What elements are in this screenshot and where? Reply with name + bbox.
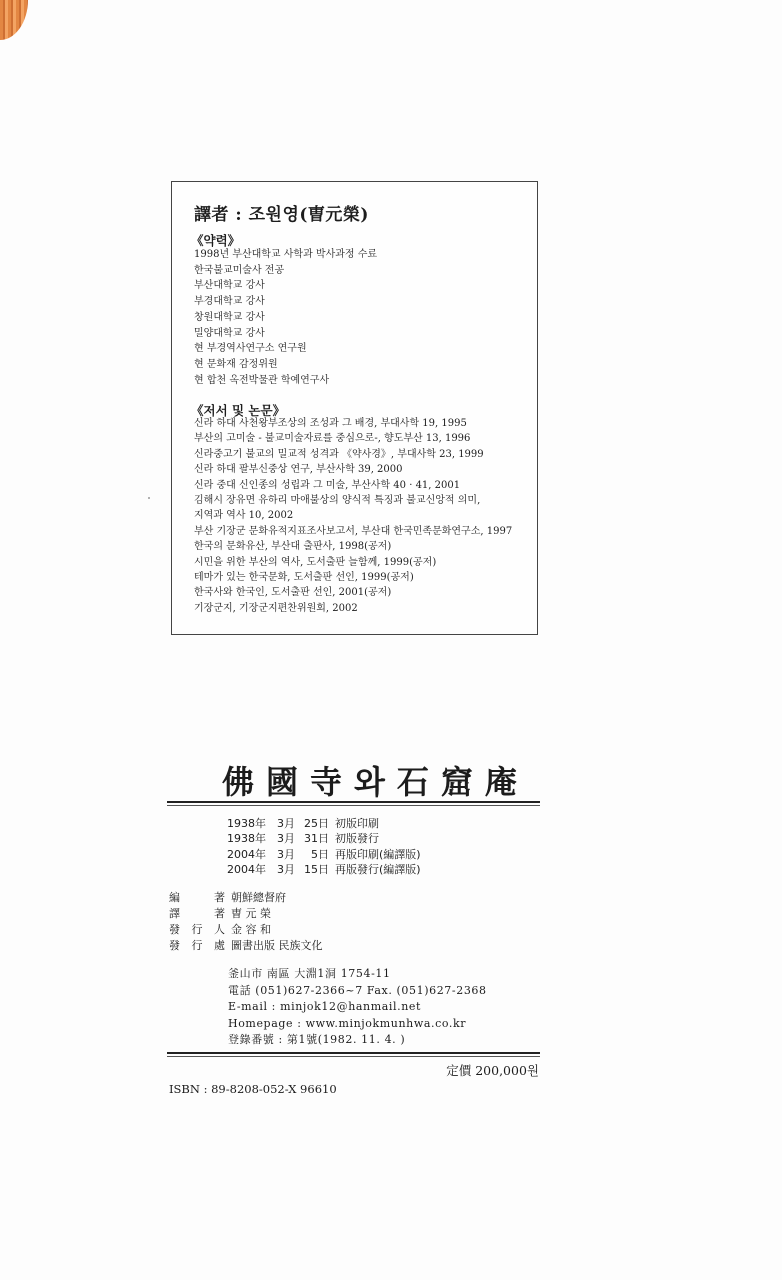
publisher-phone: 電話 (051)627-2366~7 Fax. (051)627-2368 [228, 983, 487, 1000]
credit-name: 圖書出版 民族文化 [231, 939, 323, 952]
works-item: 지역과 역사 10, 2002 [194, 508, 512, 523]
credit-name: 金 容 和 [231, 923, 271, 936]
career-list: 1998년 부산대학교 사학과 박사과정 수료 한국불교미술사 전공 부산대학교… [194, 247, 377, 388]
career-item: 부산대학교 강사 [194, 278, 377, 294]
works-item: 신라 하대 사천왕부조상의 조성과 그 배경, 부대사학 19, 1995 [194, 416, 512, 431]
book-title: 佛國寺와石窟庵 [222, 757, 529, 803]
works-item: 부산의 고미술 - 불교미술자료를 중심으로-, 향도부산 13, 1996 [194, 431, 512, 446]
credits-list: 編著朝鮮總督府 譯著曺 元 榮 發行人金 容 和 發行處圖書出版 民族文化 [169, 890, 323, 954]
credit-row: 編著朝鮮總督府 [169, 890, 323, 906]
print-history-row: 2004年3月15日再版發行(編譯版) [227, 862, 421, 877]
price-label: 定價 200,000원 [446, 1061, 539, 1079]
career-item: 현 합천 옥전박물관 학예연구사 [194, 373, 377, 389]
works-list: 신라 하대 사천왕부조상의 조성과 그 배경, 부대사학 19, 1995 부산… [194, 416, 512, 616]
credit-role: 發行人 [169, 922, 225, 938]
print-history-row: 1938年3月31日初版發行 [227, 831, 421, 846]
works-item: 김해시 장유면 유하리 마애불상의 양식적 특징과 불교신앙적 의미, [194, 493, 512, 508]
works-item: 테마가 있는 한국문화, 도서출판 선인, 1999(공저) [194, 570, 512, 585]
credit-role: 編著 [169, 890, 225, 906]
career-item: 한국불교미술사 전공 [194, 263, 377, 279]
credit-row: 譯著曺 元 榮 [169, 906, 323, 922]
translator-bio-box: 譯者 : 조원영(曺元榮) 《약력》 1998년 부산대학교 사학과 박사과정 … [171, 181, 538, 635]
print-history-row: 1938年3月25日初版印刷 [227, 816, 421, 831]
isbn-label: ISBN : 89-8208-052-X 96610 [169, 1082, 337, 1096]
credit-name: 曺 元 榮 [231, 907, 271, 920]
publisher-address: 釜山市 南區 大淵1洞 1754-11 [228, 966, 487, 983]
publisher-homepage: Homepage : www.minjokmunhwa.co.kr [228, 1016, 487, 1033]
career-item: 밀양대학교 강사 [194, 326, 377, 342]
credit-row: 發行處圖書出版 民族文化 [169, 938, 323, 954]
print-speck [148, 497, 150, 499]
career-item: 현 문화재 감정위원 [194, 357, 377, 373]
works-item: 한국의 문화유산, 부산대 출판사, 1998(공저) [194, 539, 512, 554]
translator-name: 譯者 : 조원영(曺元榮) [194, 200, 369, 225]
works-item: 한국사와 한국인, 도서출판 선인, 2001(공저) [194, 585, 512, 600]
career-item: 부경대학교 강사 [194, 294, 377, 310]
works-item: 신라 하대 팔부신중상 연구, 부산사학 39, 2000 [194, 462, 512, 477]
credit-name: 朝鮮總督府 [231, 891, 286, 904]
print-history-row: 2004年3月5日再版印刷(編譯版) [227, 847, 421, 862]
publisher-email: E-mail : minjok12@hanmail.net [228, 999, 487, 1016]
works-item: 신라 중대 신인종의 성립과 그 미술, 부산사학 40 · 41, 2001 [194, 478, 512, 493]
career-item: 1998년 부산대학교 사학과 박사과정 수료 [194, 247, 377, 263]
credit-role: 譯著 [169, 906, 225, 922]
publisher-info: 釜山市 南區 大淵1洞 1754-11 電話 (051)627-2366~7 F… [228, 966, 487, 1049]
price-divider [167, 1052, 540, 1057]
orange-page-tab [0, 0, 28, 40]
works-item: 부산 기장군 문화유적지표조사보고서, 부산대 한국민족문화연구소, 1997 [194, 524, 512, 539]
works-item: 기장군지, 기장군지편찬위원회, 2002 [194, 601, 512, 616]
credit-row: 發行人金 容 和 [169, 922, 323, 938]
works-item: 시민을 위한 부산의 역사, 도서출판 늘함께, 1999(공저) [194, 555, 512, 570]
works-item: 신라중고기 불교의 밀교적 성격과 《약사경》, 부대사학 23, 1999 [194, 447, 512, 462]
publisher-registration: 登錄番號 : 第1號(1982. 11. 4. ) [228, 1032, 487, 1049]
career-item: 현 부경역사연구소 연구원 [194, 341, 377, 357]
print-history: 1938年3月25日初版印刷 1938年3月31日初版發行 2004年3月5日再… [227, 816, 421, 877]
credit-role: 發行處 [169, 938, 225, 954]
career-item: 창원대학교 강사 [194, 310, 377, 326]
title-divider [167, 801, 540, 806]
